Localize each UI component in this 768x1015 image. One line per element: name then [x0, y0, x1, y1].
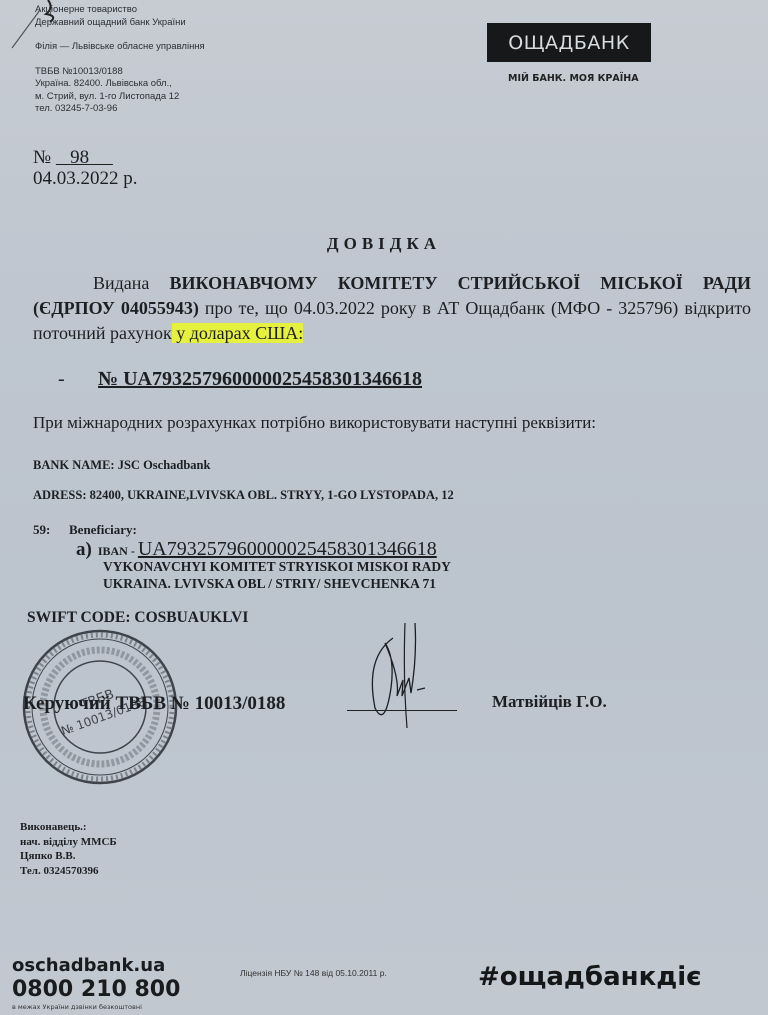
executor-line: Цяпко В.В. — [20, 849, 117, 864]
beneficiary-name: VYKONAVCHYI KOMITET STRYISKOI MISKOI RAD… — [103, 558, 451, 575]
bank-address: ADRESS: 82400, UKRAINE,LVIVSKA OBL. STRY… — [33, 488, 454, 503]
branch-line: Філія — Львівське обласне управління — [35, 41, 205, 54]
bank-logo: ОЩАДБАНК — [487, 23, 651, 62]
document-title: ДОВІДКА — [0, 234, 768, 254]
manager-title: Керуючий ТВБВ № 10013/0188 — [23, 693, 285, 715]
bank-header-block: Акціонерне товариство Державний ощадний … — [35, 4, 205, 116]
office-line: Україна. 82400. Львівська обл., — [35, 78, 205, 91]
office-line: м. Стрий, вул. 1-го Листопада 12 — [35, 91, 205, 104]
office-line: тел. 03245-7-03-96 — [35, 103, 205, 116]
logo-text: ОЩАДБАНК — [508, 32, 629, 54]
executor-line: Виконавець.: — [20, 820, 117, 835]
signature-icon — [355, 618, 465, 733]
highlighted-currency: у доларах США: — [172, 323, 304, 343]
beneficiary-address: UKRAINA. LVIVSKA OBL / STRIY/ SHEVCHENKA… — [103, 575, 451, 592]
footer-license: Ліцензія НБУ № 148 від 05.10.2011 р. — [240, 968, 387, 978]
footer-phone-note: в межах України дзвінки безкоштовні — [12, 1003, 142, 1011]
iban-value: UA793257960000025458301346618 — [138, 538, 437, 560]
document-number: 98 — [56, 147, 113, 168]
executor-line: Тел. 0324570396 — [20, 864, 117, 879]
executor-block: Виконавець.: нач. відділу ММСБ Цяпко В.В… — [20, 820, 117, 878]
executor-line: нач. відділу ММСБ — [20, 835, 117, 850]
org-line: Акціонерне товариство — [35, 4, 205, 17]
beneficiary-details: VYKONAVCHYI KOMITET STRYISKOI MISKOI RAD… — [103, 558, 451, 592]
account-line: -№ UA793257960000025458301346618 — [58, 368, 422, 391]
office-line: ТВБВ №10013/0188 — [35, 66, 205, 79]
signature-line — [347, 710, 457, 711]
list-dash: - — [58, 368, 98, 391]
document-number-block: № 98 04.03.2022 р. — [33, 147, 138, 189]
number-prefix: № — [33, 147, 51, 168]
international-note: При міжнародних розрахунках потрібно вик… — [33, 413, 596, 433]
account-number: № UA793257960000025458301346618 — [98, 368, 422, 390]
beneficiary-label: 59:Beneficiary: — [33, 522, 137, 538]
logo-tagline: МІЙ БАНК. МОЯ КРАЇНА — [508, 73, 639, 84]
swift-code: SWIFT CODE: COSBUAUKLVI — [27, 609, 248, 627]
footer-hashtag: #ощадбанкдіє — [478, 962, 702, 992]
signer-name: Матвійців Г.О. — [492, 692, 607, 712]
footer-phone: 0800 210 800 — [12, 977, 180, 1002]
document-date: 04.03.2022 р. — [33, 168, 138, 189]
footer-website: oschadbank.ua — [12, 955, 165, 976]
body-paragraph: Видана ВИКОНАВЧОМУ КОМІТЕТУ СТРИЙСЬКОЇ М… — [33, 271, 751, 346]
org-line: Державний ощадний банк України — [35, 17, 205, 30]
bank-name: BANK NAME: JSC Oschadbank — [33, 458, 210, 473]
